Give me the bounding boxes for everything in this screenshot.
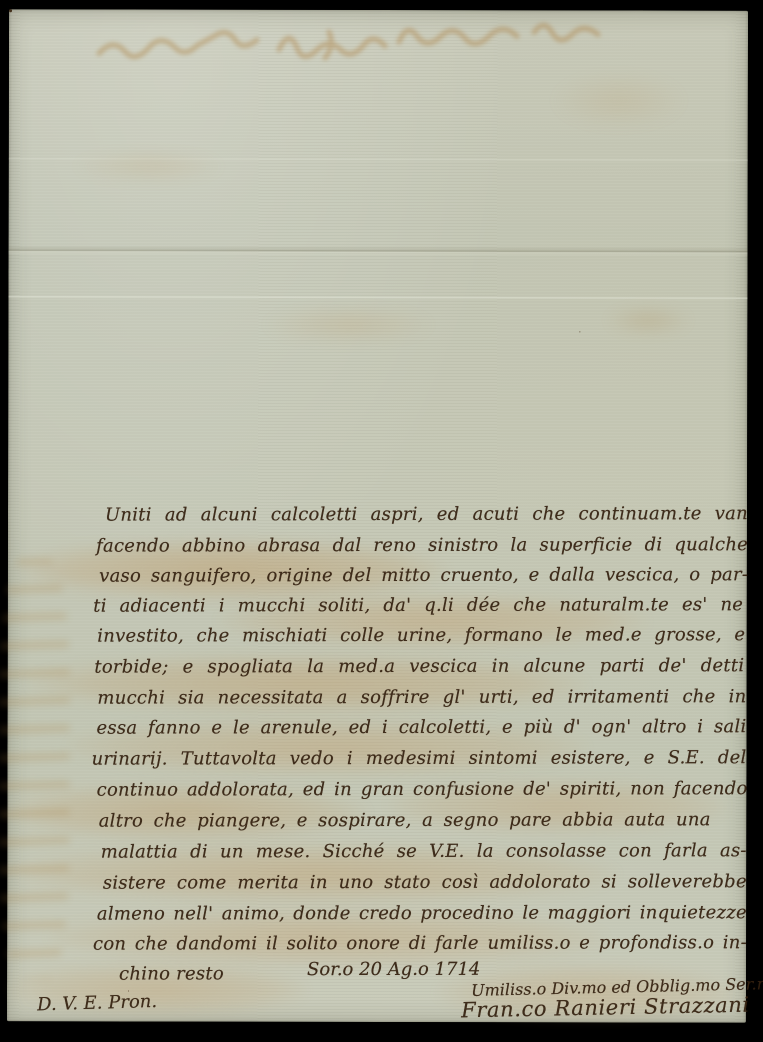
letter-line: chino resto <box>119 961 224 987</box>
letter-line: ti adiacenti i mucchi soliti, da' q.li d… <box>93 592 743 619</box>
letter-line: malattia di un mese. Sicché se V.E. la c… <box>101 838 747 865</box>
letter-line: facendo abbino abrasa dal reno sinistro … <box>96 532 748 559</box>
letter-line: investito, che mischiati colle urine, fo… <box>97 622 745 649</box>
letter-line: Uniti ad alcuni calcoletti aspri, ed acu… <box>105 501 748 528</box>
letter-line: continuo addolorata, ed in gran confusio… <box>97 776 748 803</box>
letter-line: altro che piangere, e sospirare, a segno… <box>99 807 711 834</box>
letter-line: con che dandomi il solito onore di farle… <box>93 930 747 957</box>
addressee-abbreviation: D. V. E. Pron. <box>37 991 158 1015</box>
letter-body: Uniti ad alcuni calcoletti aspri, ed acu… <box>7 9 748 1023</box>
dateline: Sor.o 20 Ag.o 1714 <box>307 959 480 980</box>
letter-line: mucchi sia necessitata a soffrire gl' ur… <box>97 684 746 711</box>
letter-line: essa fanno e le arenule, ed i calcoletti… <box>96 714 746 741</box>
letter-line: almeno nell' animo, donde credo procedin… <box>97 900 747 927</box>
letter-line: urinarij. Tuttavolta vedo i medesimi sin… <box>92 745 747 772</box>
letter-line: torbide; e spogliata la med.a vescica in… <box>94 653 744 680</box>
photo-of-letter: Uniti ad alcuni calcoletti aspri, ed acu… <box>0 0 763 1042</box>
signature: Fran.co Ranieri Strazzani <box>461 993 750 1023</box>
letter-line: vaso sanguifero, origine del mitto cruen… <box>99 562 748 589</box>
letter-page: Uniti ad alcuni calcoletti aspri, ed acu… <box>7 9 748 1023</box>
letter-line: sistere come merita in uno stato così ad… <box>103 869 747 896</box>
